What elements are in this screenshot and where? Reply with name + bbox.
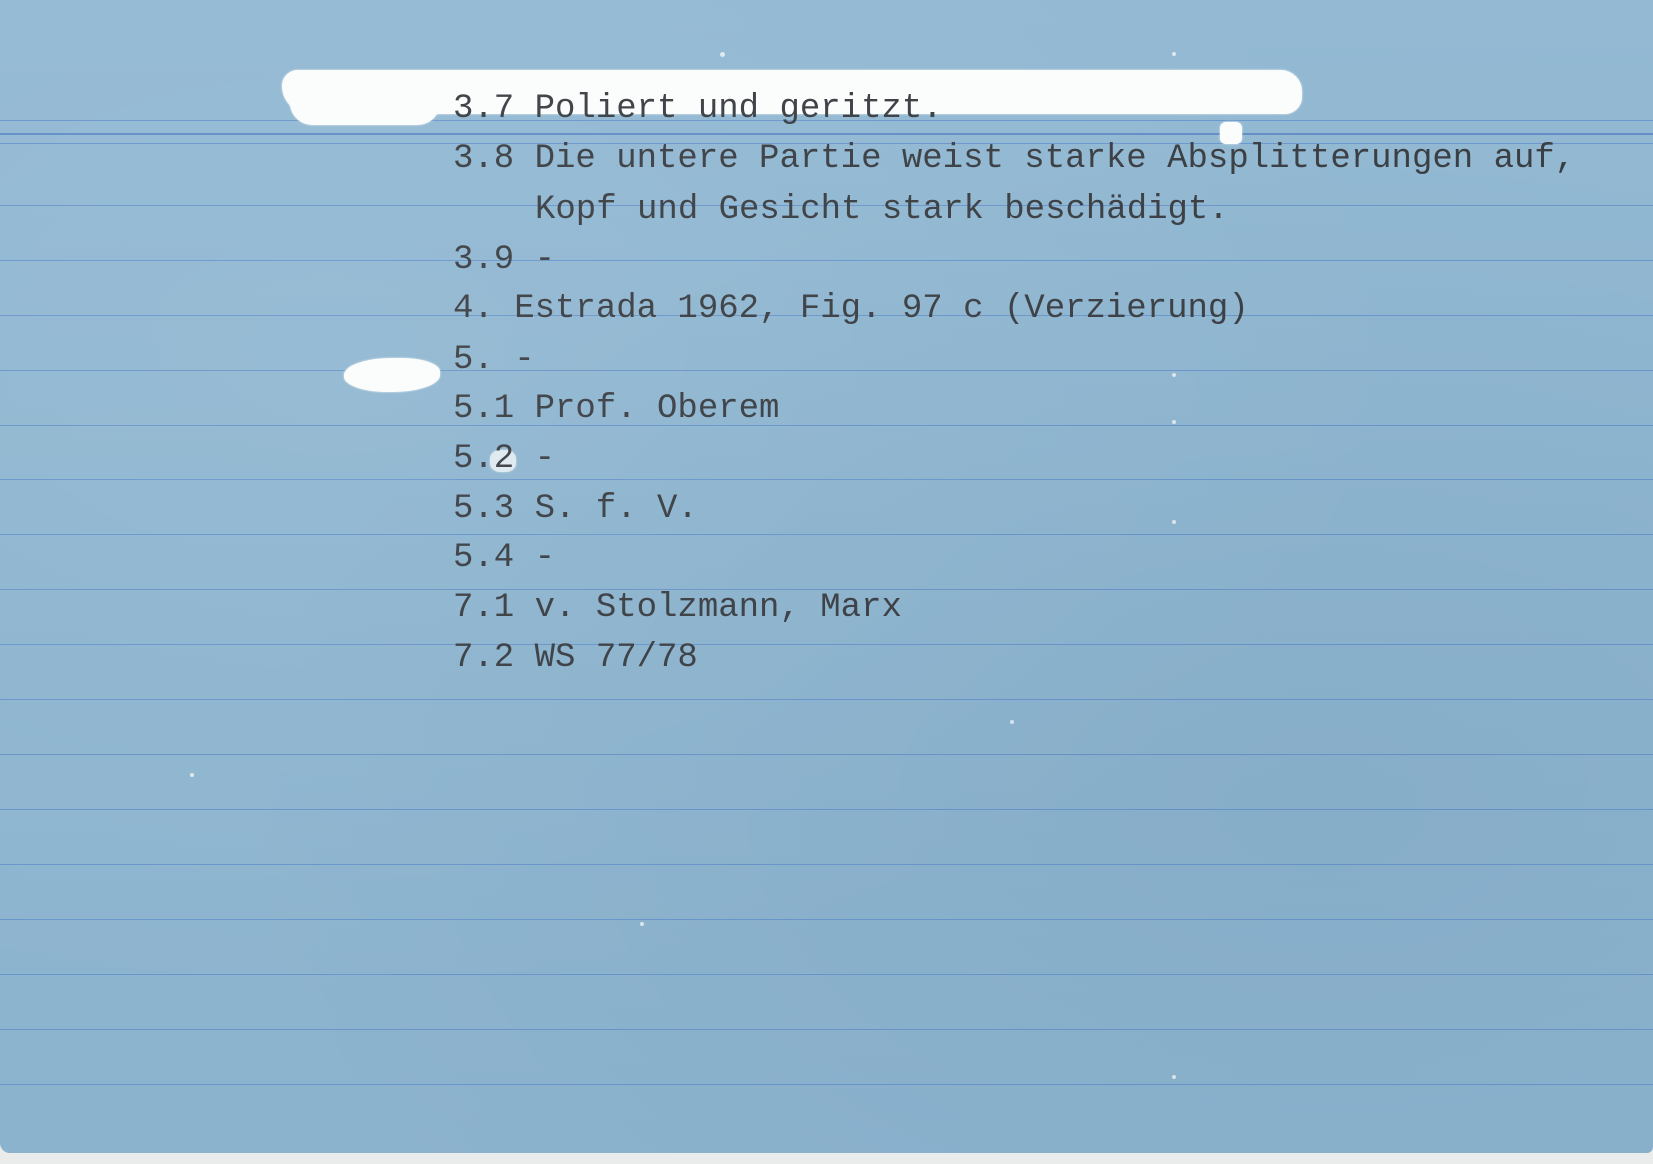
paper-speck	[640, 922, 644, 926]
ruled-line	[0, 864, 1653, 865]
correction-fluid-blob	[344, 358, 440, 392]
entry-5-4: 5.4 -	[453, 541, 555, 575]
entry-5-2: 5.2 -	[453, 442, 555, 476]
paper-speck	[1172, 1075, 1176, 1079]
correction-fluid-tail	[290, 95, 440, 125]
ruled-line	[0, 479, 1653, 480]
entry-7-2: 7.2 WS 77/78	[453, 641, 698, 675]
paper-speck	[1172, 420, 1176, 424]
entry-4: 4. Estrada 1962, Fig. 97 c (Verzierung)	[453, 292, 1249, 326]
paper-speck	[190, 773, 194, 777]
paper-speck	[1172, 520, 1176, 524]
entry-5: 5. -	[453, 343, 535, 377]
ruled-line	[0, 754, 1653, 755]
entry-3-8-continuation: Kopf und Gesicht stark beschädigt.	[535, 193, 1229, 227]
paper-speck	[1010, 720, 1014, 724]
paper-speck	[1172, 373, 1176, 377]
ruled-line	[0, 534, 1653, 535]
ruled-line	[0, 370, 1653, 371]
entry-3-9: 3.9 -	[453, 243, 555, 277]
entry-3-7: 3.7 Poliert und geritzt.	[453, 92, 943, 126]
entry-3-8: 3.8 Die untere Partie weist starke Abspl…	[453, 142, 1575, 176]
ruled-line	[0, 699, 1653, 700]
entry-5-1: 5.1 Prof. Oberem	[453, 392, 779, 426]
ruled-line	[0, 809, 1653, 810]
paper-speck	[720, 52, 725, 57]
ruled-line	[0, 133, 1653, 135]
ruled-line	[0, 974, 1653, 975]
ruled-line	[0, 425, 1653, 426]
entry-5-3: 5.3 S. f. V.	[453, 492, 698, 526]
index-card: 3.7 Poliert und geritzt. 3.8 Die untere …	[0, 0, 1653, 1153]
entry-7-1: 7.1 v. Stolzmann, Marx	[453, 591, 902, 625]
ruled-line	[0, 644, 1653, 645]
ruled-line	[0, 919, 1653, 920]
ruled-line	[0, 1084, 1653, 1085]
paper-speck	[1172, 52, 1176, 56]
ruled-line	[0, 260, 1653, 261]
ruled-line	[0, 1029, 1653, 1030]
